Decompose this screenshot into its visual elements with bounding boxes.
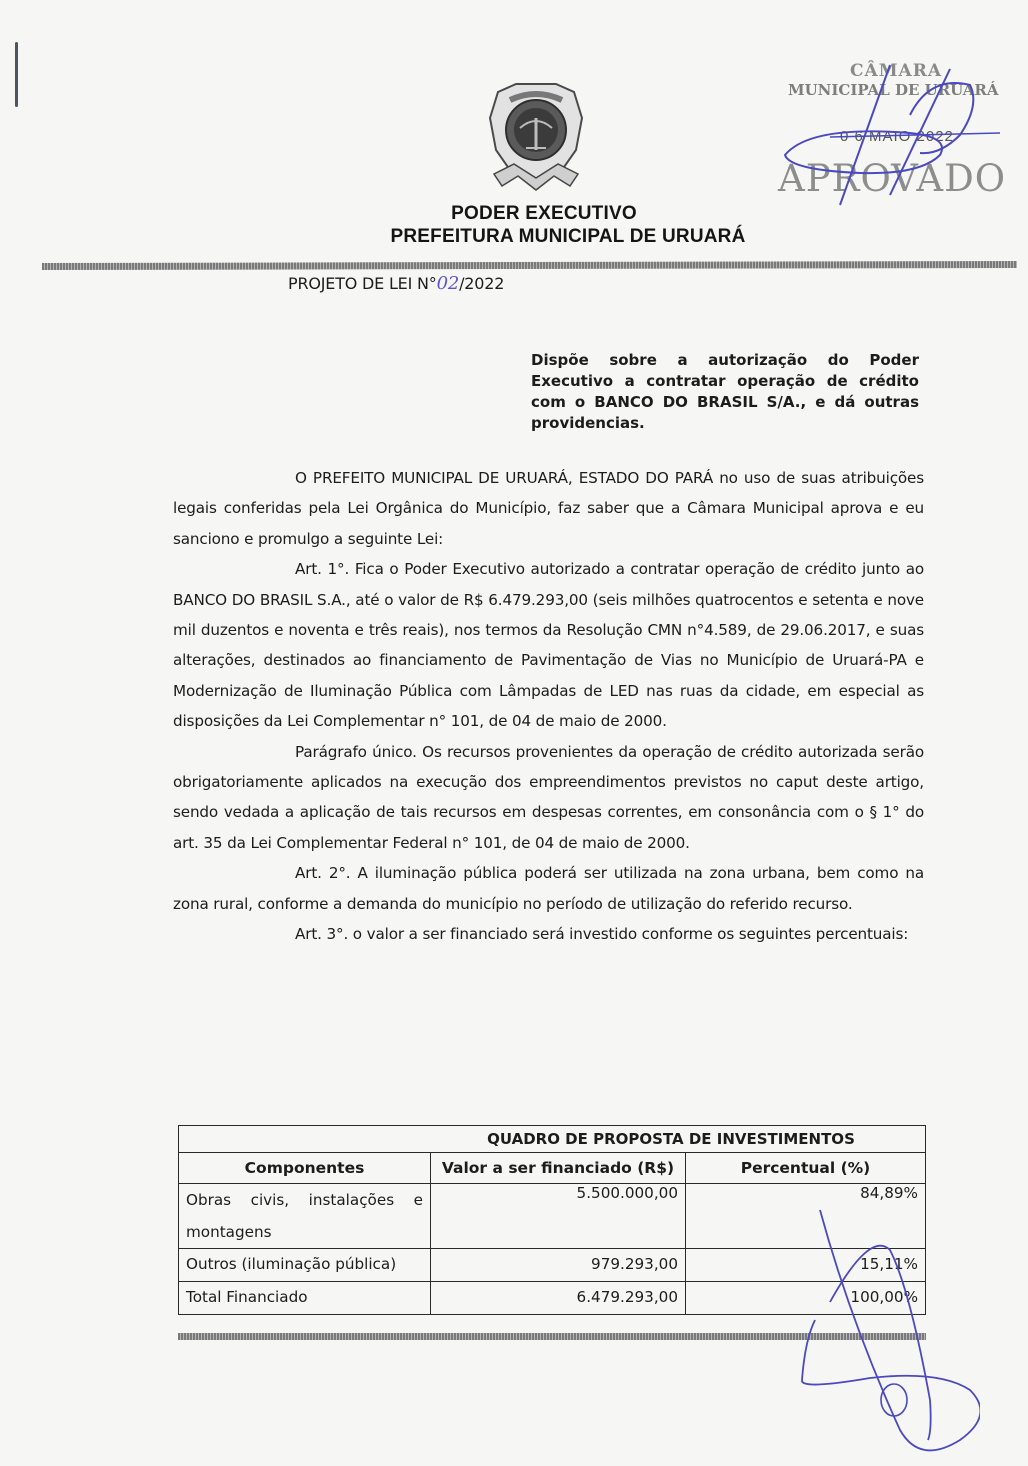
bill-summary: Dispõe sobre a autorização do Poder Exec…: [531, 350, 919, 434]
table-caption-text: QUADRO DE PROPOSTA DE INVESTIMENTOS: [487, 1130, 855, 1148]
paragraph-art-1: Art. 1°. Fica o Poder Executivo autoriza…: [173, 554, 924, 736]
approval-stamp: CÂMARA MUNICIPAL DE URUARÁ 0 6 MAIO 2022…: [770, 55, 1010, 215]
bill-prefix: PROJETO DE LEI N°: [288, 274, 437, 293]
stamp-signature-scribble-icon: [770, 55, 1010, 215]
bill-body: O PREFEITO MUNICIPAL DE URUARÁ, ESTADO D…: [173, 463, 924, 950]
staple-mark: [15, 42, 18, 107]
cell-value: 979.293,00: [431, 1249, 686, 1282]
municipal-crest-icon: [484, 78, 588, 196]
column-header-percent: Percentual (%): [686, 1153, 926, 1184]
cell-component: Obras civis, instalações e montagens: [179, 1184, 431, 1249]
paragraph-preamble: O PREFEITO MUNICIPAL DE URUARÁ, ESTADO D…: [173, 463, 924, 554]
cell-value: 5.500.000,00: [431, 1184, 686, 1249]
cell-value: 6.479.293,00: [431, 1282, 686, 1315]
header-divider: [42, 261, 1017, 270]
column-header-components: Componentes: [179, 1153, 431, 1184]
bill-number: PROJETO DE LEI N°02/2022: [288, 273, 504, 294]
bill-suffix: /2022: [459, 274, 504, 293]
paragraph-sole-paragraph: Parágrafo único. Os recursos proveniente…: [173, 737, 924, 859]
paragraph-art-2: Art. 2°. A iluminação pública poderá ser…: [173, 858, 924, 919]
document-page: PODER EXECUTIVO PREFEITURA MUNICIPAL DE …: [0, 0, 1028, 1466]
header-line-2: PREFEITURA MUNICIPAL DE URUARÁ: [54, 226, 1028, 248]
cell-component: Outros (iluminação pública): [179, 1249, 431, 1282]
column-header-value: Valor a ser financiado (R$): [431, 1153, 686, 1184]
handwritten-signature-icon: [760, 1200, 980, 1466]
table-caption: QUADRO DE PROPOSTA DE INVESTIMENTOS: [179, 1126, 926, 1153]
cell-component: Total Financiado: [179, 1282, 431, 1315]
bill-number-handwritten: 02: [437, 273, 460, 294]
paragraph-art-3: Art. 3°. o valor a ser financiado será i…: [173, 919, 924, 949]
